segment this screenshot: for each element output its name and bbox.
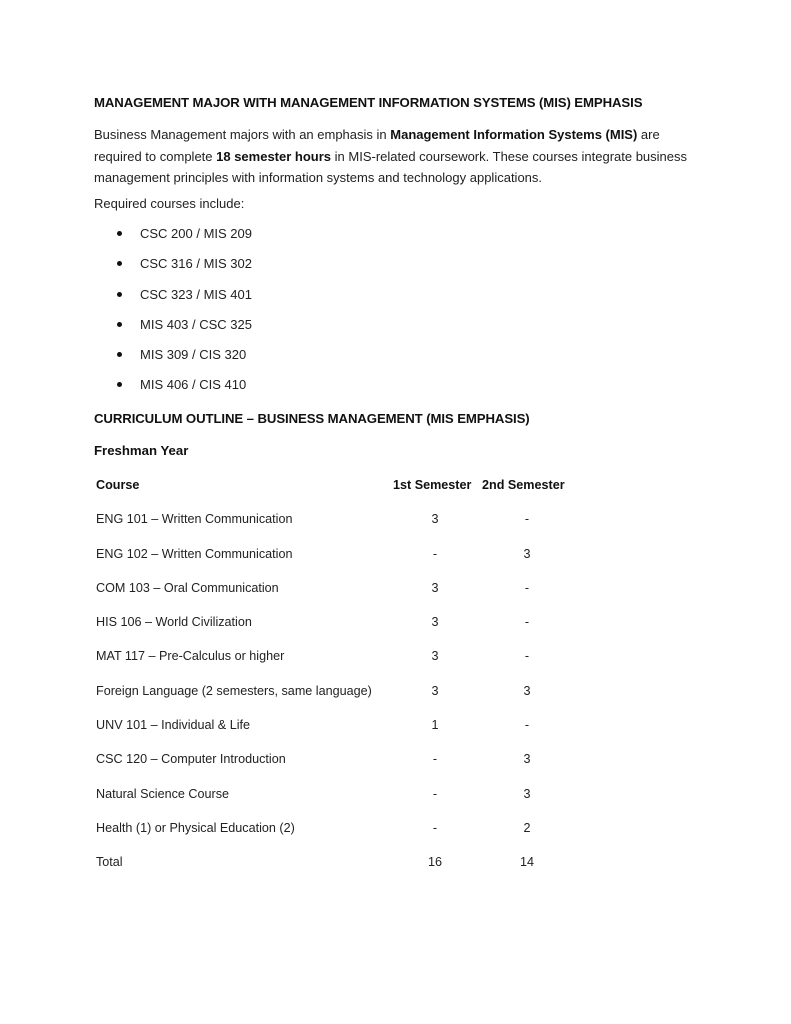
course-table: Course 1st Semester 2nd Semester ENG 101…: [0, 478, 791, 890]
course-code: MIS 403 / CSC 325: [140, 317, 252, 332]
sem1-credits: 16: [395, 855, 475, 869]
sem2-credits: -: [487, 581, 567, 595]
intro-bold-mis: Management Information Systems (MIS): [390, 127, 637, 142]
sem1-credits: -: [395, 547, 475, 561]
table-row: ENG 102 – Written Communication-3: [0, 547, 791, 581]
table-row: Foreign Language (2 semesters, same lang…: [0, 684, 791, 718]
sem2-credits: 14: [487, 855, 567, 869]
course-code: CSC 316 / MIS 302: [140, 256, 252, 271]
table-row: MAT 117 – Pre-Calculus or higher3-: [0, 649, 791, 683]
course-name: UNV 101 – Individual & Life: [96, 718, 250, 732]
document-page: MANAGEMENT MAJOR WITH MANAGEMENT INFORMA…: [0, 0, 791, 1024]
table-row: Natural Science Course-3: [0, 787, 791, 821]
course-code: CSC 200 / MIS 209: [140, 226, 252, 241]
sem1-credits: 3: [395, 649, 475, 663]
bullet-icon: [117, 231, 122, 236]
required-courses-label: Required courses include:: [94, 196, 244, 211]
table-row: COM 103 – Oral Communication3-: [0, 581, 791, 615]
table-row: UNV 101 – Individual & Life1-: [0, 718, 791, 752]
sem1-credits: 1: [395, 718, 475, 732]
course-name: MAT 117 – Pre-Calculus or higher: [96, 649, 284, 663]
sem1-credits: 3: [395, 581, 475, 595]
sem2-credits: -: [487, 649, 567, 663]
table-row: Total1614: [0, 855, 791, 889]
sem1-credits: 3: [395, 615, 475, 629]
sem2-credits: -: [487, 718, 567, 732]
course-name: COM 103 – Oral Communication: [96, 581, 279, 595]
table-row: HIS 106 – World Civilization3-: [0, 615, 791, 649]
bullet-icon: [117, 352, 122, 357]
sem2-credits: -: [487, 615, 567, 629]
sem1-credits: 3: [395, 684, 475, 698]
sem2-credits: 3: [487, 752, 567, 766]
sem1-credits: -: [395, 787, 475, 801]
course-name: HIS 106 – World Civilization: [96, 615, 252, 629]
intro-paragraph: Business Management majors with an empha…: [94, 124, 694, 189]
bullet-icon: [117, 261, 122, 266]
course-name: ENG 102 – Written Communication: [96, 547, 292, 561]
course-code: MIS 309 / CIS 320: [140, 347, 246, 362]
intro-bold-hours: 18 semester hours: [216, 149, 331, 164]
year-title: Freshman Year: [94, 443, 188, 458]
course-name: Total: [96, 855, 123, 869]
sem1-credits: -: [395, 821, 475, 835]
table-row: ENG 101 – Written Communication3-: [0, 512, 791, 546]
header-sem2: 2nd Semester: [482, 478, 565, 492]
sem2-credits: 3: [487, 787, 567, 801]
bullet-icon: [117, 292, 122, 297]
bullet-icon: [117, 382, 122, 387]
course-name: Health (1) or Physical Education (2): [96, 821, 295, 835]
course-name: Foreign Language (2 semesters, same lang…: [96, 684, 372, 698]
table-row: Health (1) or Physical Education (2)-2: [0, 821, 791, 855]
course-code: MIS 406 / CIS 410: [140, 377, 246, 392]
course-name: Natural Science Course: [96, 787, 229, 801]
header-course: Course: [96, 478, 139, 492]
intro-text-1: Business Management majors with an empha…: [94, 127, 390, 142]
table-header-row: Course 1st Semester 2nd Semester: [0, 478, 791, 512]
sem2-credits: 3: [487, 684, 567, 698]
course-code: CSC 323 / MIS 401: [140, 287, 252, 302]
sem1-credits: -: [395, 752, 475, 766]
table-row: CSC 120 – Computer Introduction-3: [0, 752, 791, 786]
sem2-credits: 2: [487, 821, 567, 835]
sem1-credits: 3: [395, 512, 475, 526]
sem2-credits: 3: [487, 547, 567, 561]
sem2-credits: -: [487, 512, 567, 526]
header-sem1: 1st Semester: [393, 478, 471, 492]
course-name: CSC 120 – Computer Introduction: [96, 752, 286, 766]
course-name: ENG 101 – Written Communication: [96, 512, 292, 526]
bullet-icon: [117, 322, 122, 327]
page-title: MANAGEMENT MAJOR WITH MANAGEMENT INFORMA…: [94, 95, 642, 110]
curriculum-title: CURRICULUM OUTLINE – BUSINESS MANAGEMENT…: [94, 411, 530, 426]
